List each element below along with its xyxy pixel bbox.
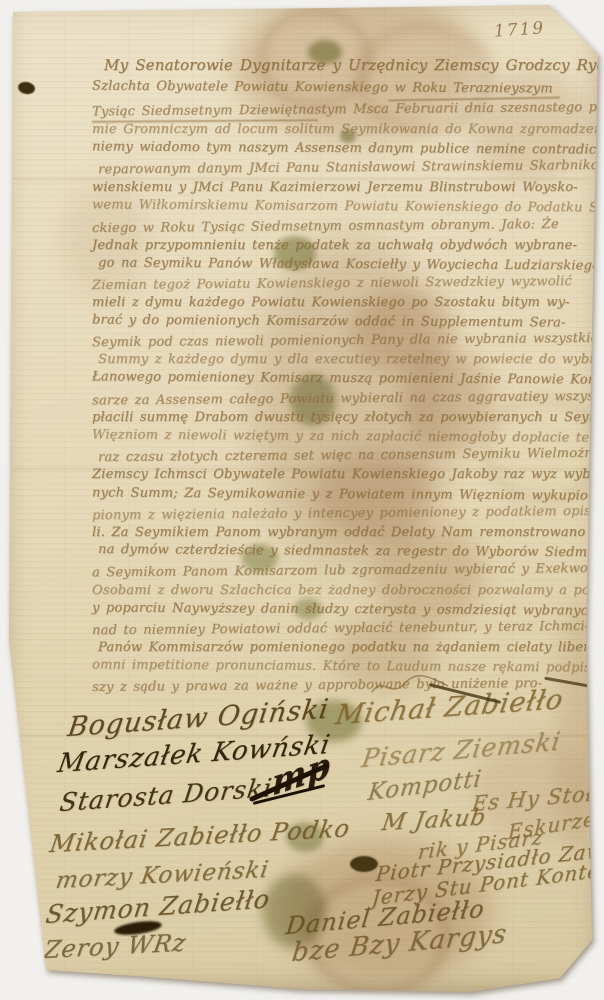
paper-shadow: 1719 My Senatorowie Dygnitarze y Urzędni… [0, 0, 604, 1000]
manuscript-paper: 1719 My Senatorowie Dygnitarze y Urzędni… [0, 0, 604, 1000]
paper-vignette [0, 0, 604, 1000]
scan-background: 1719 My Senatorowie Dygnitarze y Urzędni… [0, 0, 604, 1000]
